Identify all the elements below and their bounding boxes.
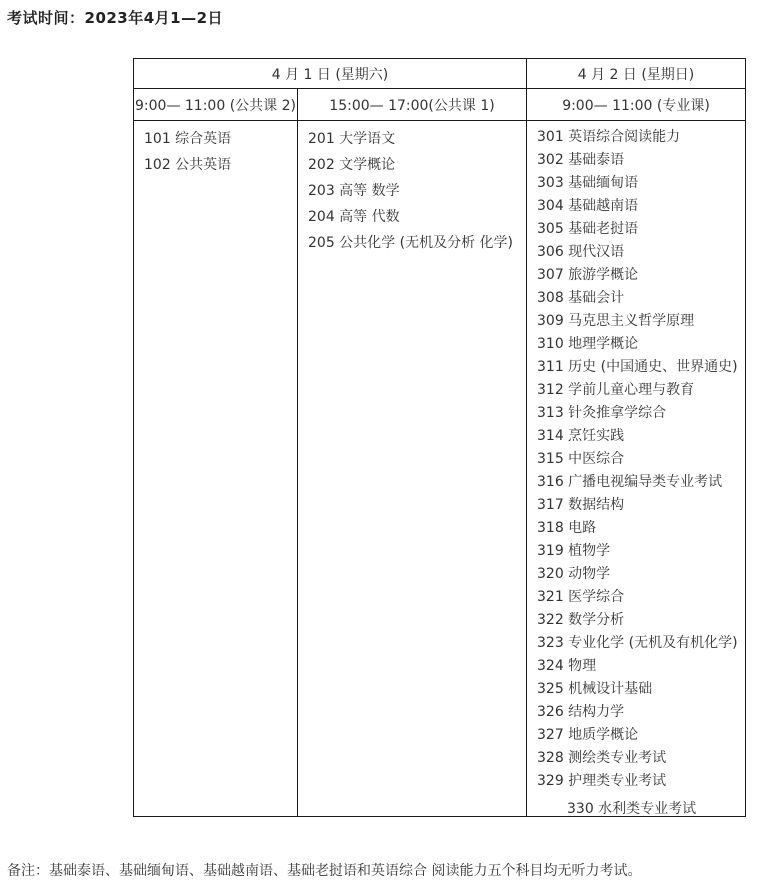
course-item: 307 旅游学概论 bbox=[537, 264, 743, 287]
course-item: 325 机械设计基础 bbox=[537, 678, 743, 701]
course-item: 326 结构力学 bbox=[537, 701, 743, 724]
course-item: 321 医学综合 bbox=[537, 586, 743, 609]
professional-course-items: 301 英语综合阅读能力302 基础泰语303 基础缅甸语304 基础越南语30… bbox=[537, 126, 743, 793]
course-list-public-course-1: 201 大学语文202 文学概论203 高等 数学204 高等 代数205 公共… bbox=[297, 120, 526, 816]
course-item: 317 数据结构 bbox=[537, 494, 743, 517]
course-item: 306 现代汉语 bbox=[537, 241, 743, 264]
course-item: 310 地理学概论 bbox=[537, 333, 743, 356]
course-item: 102 公共英语 bbox=[144, 152, 295, 178]
course-item: 302 基础泰语 bbox=[537, 149, 743, 172]
course-item: 305 基础老挝语 bbox=[537, 218, 743, 241]
course-item: 203 高等 数学 bbox=[308, 178, 524, 204]
course-item: 303 基础缅甸语 bbox=[537, 172, 743, 195]
course-item: 304 基础越南语 bbox=[537, 195, 743, 218]
course-item: 316 广播电视编导类专业考试 bbox=[537, 471, 743, 494]
course-item: 202 文学概论 bbox=[308, 152, 524, 178]
course-item: 320 动物学 bbox=[537, 563, 743, 586]
page-title: 考试时间：2023年4月1—2日 bbox=[7, 7, 223, 28]
course-item: 313 针灸推拿学综合 bbox=[537, 402, 743, 425]
header-date-april-2: 4 月 2 日 (星期日) bbox=[526, 59, 745, 88]
course-list-professional: 301 英语综合阅读能力302 基础泰语303 基础缅甸语304 基础越南语30… bbox=[526, 120, 745, 816]
header-timeslot-public-course-1: 15:00— 17:00(公共课 1) bbox=[297, 88, 526, 120]
course-item: 324 物理 bbox=[537, 655, 743, 678]
course-item-330: 330 水利类专业考试 bbox=[537, 798, 743, 821]
course-item: 101 综合英语 bbox=[144, 126, 295, 152]
course-item: 204 高等 代数 bbox=[308, 204, 524, 230]
course-item: 314 烹饪实践 bbox=[537, 425, 743, 448]
course-item: 328 测绘类专业考试 bbox=[537, 747, 743, 770]
course-item: 329 护理类专业考试 bbox=[537, 770, 743, 793]
course-item: 319 植物学 bbox=[537, 540, 743, 563]
course-item: 315 中医综合 bbox=[537, 448, 743, 471]
course-item: 312 学前儿童心理与教育 bbox=[537, 379, 743, 402]
course-item: 311 历史 (中国通史、世界通史) bbox=[537, 356, 743, 379]
course-item: 327 地质学概论 bbox=[537, 724, 743, 747]
course-item: 308 基础会计 bbox=[537, 287, 743, 310]
course-item: 205 公共化学 (无机及分析 化学) bbox=[308, 230, 524, 256]
course-item: 323 专业化学 (无机及有机化学) bbox=[537, 632, 743, 655]
course-item: 201 大学语文 bbox=[308, 126, 524, 152]
footnote: 备注：基础泰语、基础缅甸语、基础越南语、基础老挝语和英语综合 阅读能力五个科目均… bbox=[7, 860, 641, 880]
course-item: 318 电路 bbox=[537, 517, 743, 540]
exam-schedule-table: 4 月 1 日 (星期六) 4 月 2 日 (星期日) 9:00— 11:00 … bbox=[133, 58, 746, 817]
header-timeslot-public-course-2: 9:00— 11:00 (公共课 2) bbox=[134, 88, 297, 120]
header-timeslot-professional: 9:00— 11:00 (专业课) bbox=[526, 88, 745, 120]
course-item: 301 英语综合阅读能力 bbox=[537, 126, 743, 149]
header-date-april-1: 4 月 1 日 (星期六) bbox=[134, 59, 526, 88]
course-list-public-course-2: 101 综合英语102 公共英语 bbox=[134, 120, 297, 816]
course-item: 322 数学分析 bbox=[537, 609, 743, 632]
course-item: 309 马克思主义哲学原理 bbox=[537, 310, 743, 333]
